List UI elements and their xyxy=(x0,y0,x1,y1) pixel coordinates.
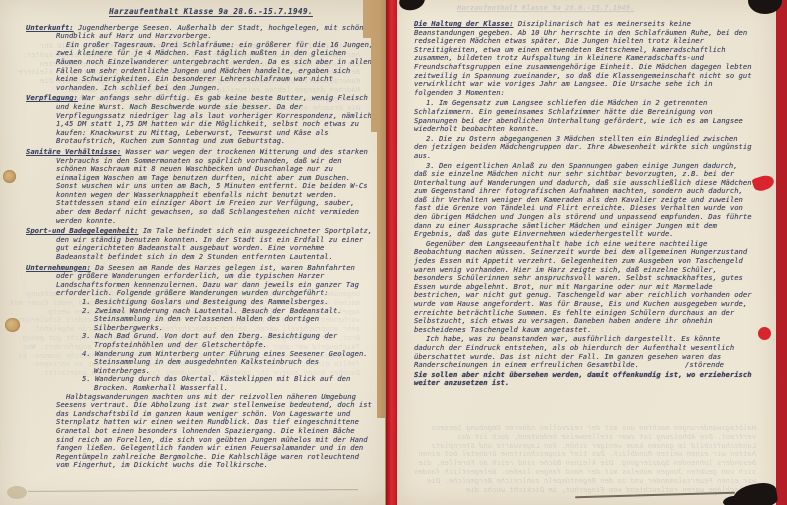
numbered-point: 3. Den eigentlichen Anlaß zu den Spannun… xyxy=(414,162,754,239)
ink-line-bottom xyxy=(575,492,735,498)
typed-insertion: /störende xyxy=(685,360,724,369)
report-title: Harzaufenthalt Klasse 9a 28.6.-15.7.1949… xyxy=(56,8,366,17)
list-item: 5. Wanderung durch das Okertal. Kästekli… xyxy=(82,375,376,392)
list-item: 4. Wanderung zum Winterberg unter Führun… xyxy=(82,350,376,376)
closing-remark: Sie sollen aber nicht übersehen werden, … xyxy=(414,371,754,388)
scanned-document: Disziplinarisch hat es meinerseits keine… xyxy=(0,0,787,505)
bleedthrough-text: Halbtagswanderungen machten uns mit der … xyxy=(411,424,756,496)
section-text: Disziplinarisch hat es meinerseits keine… xyxy=(414,19,752,97)
section-text: War anfangs sehr dürftig. Es gab keine b… xyxy=(56,93,372,145)
left-page-text: Harzaufenthalt Klasse 9a 28.6.-15.7.1949… xyxy=(0,0,392,470)
pencil-line xyxy=(28,489,358,492)
red-wax-dot xyxy=(758,327,771,340)
stain-bottom-left xyxy=(7,486,27,499)
section-haltung: Die Haltung der Klasse: Disziplinarisch … xyxy=(414,20,754,97)
section-unternehmungen: Unternehmungen: Da Seesen am Rande des H… xyxy=(26,264,376,470)
numbered-point: 1. Im Gegensatz zum Langsee schliefen di… xyxy=(414,99,754,133)
punch-hole-top xyxy=(3,170,16,183)
section-unterkunft: Unterkunft: Jugendherberge Seesen. Außer… xyxy=(26,24,376,93)
right-page: Harzaufenthalt Klasse 9a 28.6.-15.7.1949… xyxy=(397,0,776,505)
section-verpflegung: Verpflegung: War anfangs sehr dürftig. E… xyxy=(26,94,376,146)
list-item: 3. Nach Bad Grund. Von dort auf den Iber… xyxy=(82,332,376,349)
section-text: Wasser war wegen der trockenen Witterung… xyxy=(56,147,368,225)
ink-blot-bottom-right-tail xyxy=(722,494,743,505)
punch-hole-bottom xyxy=(5,318,20,332)
section-text: Halbtagswanderungen machten uns mit der … xyxy=(56,393,376,470)
section-sport-bad: Sport-und Badegelegenheit: Im Tale befin… xyxy=(26,227,376,261)
section-sanitaere-verhaeltnisse: Sanitäre Verhältnisse: Wasser war wegen … xyxy=(26,148,376,225)
excursion-list: 1. Besichtigung Goslars und Besteigung d… xyxy=(82,298,376,393)
section-text: Jugendherberge Seesen. Außerhalb der Sta… xyxy=(56,23,372,41)
right-page-text: Die Haltung der Klasse: Disziplinarisch … xyxy=(397,0,776,388)
section-text: Da Seesen am Rande des Harzes gelegen is… xyxy=(56,263,359,298)
list-item: 2. Zweimal Wanderung nach Lautental. Bes… xyxy=(82,307,376,333)
section-text: Ein großer Tagesraum. Drei Schlafräume: … xyxy=(56,41,376,93)
paragraph: Ich habe, was zu beanstanden war, ausfüh… xyxy=(414,335,754,369)
paragraph: Gegenüber dem Langseeaufenthalt habe ich… xyxy=(414,240,754,335)
numbered-point: 2. Die zu Ostern abgegangenen 3 Mädchen … xyxy=(414,135,754,161)
left-page: Disziplinarisch hat es meinerseits keine… xyxy=(0,0,392,505)
